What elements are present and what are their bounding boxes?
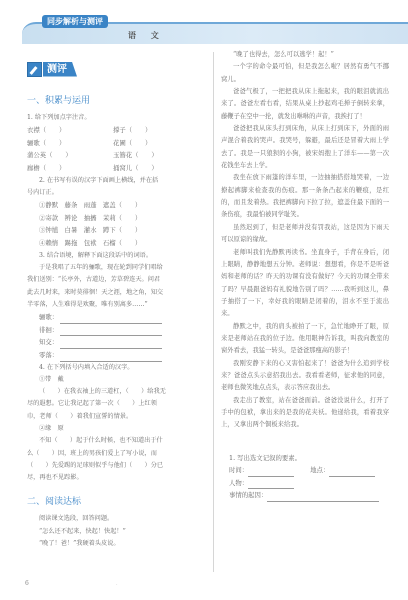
passage-paragraph: 我刚安静下来的心又害怕起来了！爸爸为什么追到学校来？爸爸点头示意招我出去。我看看… [221,358,389,395]
q2-prompt-cont: 号内订正。 [27,187,207,199]
q2-options: ①静默 藤条 雨蓬 遮盖（ ） ②寄款 辨论 抽搐 茉莉（ ） ③钟馗 白暑 灌… [27,199,207,249]
q4-sub1-line[interactable]: 尽的遐想。它让我记起了第一次（ ）上红领 [27,398,207,410]
footer-dot: · [116,582,118,588]
reading-intro: “怎么还不起来，快起！快起！” [27,526,207,538]
q1-item[interactable]: 捅窝儿（ ） [113,162,203,175]
time-label: 时间： [229,464,248,477]
task-row-people: 人物： [229,477,389,490]
q1-prompt: 1. 给下列加点字注音。 [27,112,207,124]
passage-paragraph: 一个字的命令最可怕，但是我怎么啦？居然有勇气不挪窝儿。 [221,61,389,86]
term-label: 骊歌： [39,311,58,324]
q3-prompt: 3. 结合语境，解释下面这段话中的词语。 [27,250,207,262]
section-badge: 测评 [27,61,207,77]
passage-paragraph: 爸爸气极了，一把把我从床上拖起来，我的眼泪就流出来了。爸爸左看右看，结果从桌上抄… [221,86,389,123]
q4-sub2-line[interactable]: 么（ ）因，班上的男孩们爱上了写小说，而 [27,448,207,460]
q1-item[interactable]: 玉簪花（ ） [113,149,203,162]
series-tag: 同步解析与测评 [42,15,108,28]
q2-option[interactable]: ②寄款 辨论 抽搐 茉莉（ ） [27,212,207,225]
q3-passage: 此去几时来，来时莫徘徊！天之涯，地之角，知交 [27,287,207,299]
term-label: 零落： [39,349,58,362]
q4-sub1-line[interactable]: （ ）在我衣袖上的三道杠，（ ）给我无 [27,386,207,398]
q1-item[interactable]: 撑子（ ） [113,124,203,137]
q4-prompt: 4. 在下列括号内填入合适的汉字。 [27,362,207,374]
q4-sub2-line[interactable]: （ ）先爱踢的足球则似乎与他们（ ）分已 [27,460,207,472]
passage-paragraph: 我坐在放下雨篷的洋车里，一边抽抽搭搭地哭着，一边撩起裤脚来检查我的伤痕。那一条条… [221,172,389,221]
people-label: 人物： [229,477,248,490]
task-row-cause: 事情的起因： [229,489,389,502]
q4-sub2-line[interactable]: 不知（ ）起于什么时候，也不知道出于什 [27,435,207,447]
q3-term-row: 骊歌： [27,311,207,324]
q2-option[interactable]: ③钟馗 白暑 灌水 蹲下（ ） [27,224,207,237]
q3-passage: 于是我唱了五年的骊歌，现在轮到同学们唱给 [27,262,207,274]
q3-passage: 我们送别：“长亭外，古道边，芳草碧连天。问君 [27,274,207,286]
q2-option[interactable]: ④赖惰 踢拖 包袱 石榴（ ） [27,237,207,250]
passage-paragraph: 老师叫我们先静默再读书。坐直身子，手背在身后，闭上眼睛，静静地想五分钟。老师说：… [221,247,389,321]
badge-label: 测评 [43,62,77,77]
q1-item[interactable]: 廊檐（ ） [27,162,113,175]
people-answer-line[interactable] [248,480,294,489]
q1-item[interactable]: 骊歌（ ） [27,137,113,150]
section-title-2: 二、阅读达标 [27,494,207,507]
term-label: 徘徊： [39,324,58,337]
pencil-icon [27,62,42,77]
passage-paragraph: 静默之中，我的肩头被拍了一下，急忙地睁开了眼，原来是老师站在我的位子边。他用眼神… [221,321,389,358]
subject-label: 语 文 [128,30,165,41]
answer-line[interactable] [60,327,162,336]
q2-prompt: 2. 在书写有误的汉字下面画上横线，并在括 [27,175,207,187]
passage-paragraph: “晚了也得去，怎么可以逃学！起！” [221,49,389,61]
reading-intro: “晚了！爸！”我硬着头皮说。 [27,538,207,550]
page-number: 6 [25,580,29,587]
q4-sub2-label: ②缘 原 [27,423,207,435]
answer-line[interactable] [60,315,162,324]
q1-item[interactable]: 花圃（ ） [113,137,203,150]
q4-sub2-line[interactable]: 尽，再也不见踪影。 [27,472,207,484]
q3-passage: 半零落，人生难得是欢聚，唯有别离多……” [27,299,207,311]
answer-line[interactable] [60,353,162,362]
section-title-1: 一、积累与运用 [27,93,207,106]
place-label: 地点： [310,464,329,477]
q3-term-row: 徘徊： [27,324,207,337]
q3-term-row: 知交： [27,336,207,349]
term-label: 知交： [39,336,58,349]
time-answer-line[interactable] [248,468,294,477]
task-row-time-place: 时间： 地点： [229,464,389,477]
passage-paragraph: 爸爸把我从床头打到床角，从床上打到床下，外面的雨声混合着我的哭声。我哭号，躲避，… [221,123,389,172]
right-column: “晚了也得去，怎么可以逃学！起！” 一个字的命令最可怕，但是我怎么啦？居然有勇气… [221,49,389,502]
q1-items: 衣襟（ ） 撑子（ ） 骊歌（ ） 花圃（ ） 蒲公英（ ） 玉簪花（ ） 廊檐… [27,124,207,174]
cause-answer-line[interactable] [267,493,379,502]
passage-paragraph: 虽然迟到了，但是老师并没有罚我站，这是因为下雨天可以原谅的缘故。 [221,222,389,247]
left-column: 测评 一、积累与运用 1. 给下列加点字注音。 衣襟（ ） 撑子（ ） 骊歌（ … [27,55,207,550]
q4-sub1-label: ①带 戴 [27,374,207,386]
task-title: 1. 写出选文记叙的要素。 [229,452,389,465]
q3-term-row: 零落： [27,349,207,362]
q1-item[interactable]: 衣襟（ ） [27,124,113,137]
cause-label: 事情的起因： [229,489,267,502]
passage-paragraph: 我走出了教室，站在爸爸面前。爸爸没说什么，打开了手中的包袱，拿出来的是我的花夹袄… [221,395,389,432]
q1-item[interactable]: 蒲公英（ ） [27,149,113,162]
reading-task-1: 1. 写出选文记叙的要素。 时间： 地点： 人物： 事情的起因： [221,452,389,502]
q2-option[interactable]: ①静默 藤条 雨蓬 遮盖（ ） [27,199,207,212]
q4-sub1-line[interactable]: 巾，老师（ ）着我们宣誓的情景。 [27,411,207,423]
reading-intro: 阅读课文选段，回答问题。 [27,513,207,525]
place-answer-line[interactable] [329,468,375,477]
column-divider [213,52,214,572]
answer-line[interactable] [60,340,162,349]
